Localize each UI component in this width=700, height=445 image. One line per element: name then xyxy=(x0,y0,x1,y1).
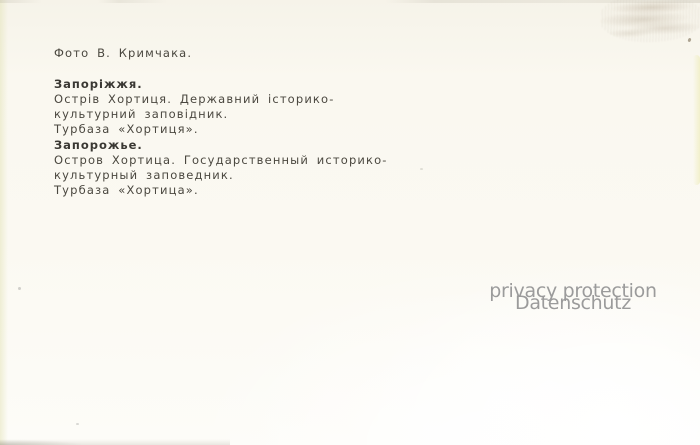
section-title-ukrainian: Запоріжжя. xyxy=(54,77,388,92)
caption-russian: Запорожье. Остров Хортица. Государственн… xyxy=(54,138,388,198)
section-title-russian: Запорожье. xyxy=(54,138,388,153)
caption-line: Турбаза «Хортиця». xyxy=(54,122,388,137)
dust-speck xyxy=(18,287,21,290)
caption-line: Турбаза «Хортица». xyxy=(54,183,388,198)
top-edge-artifact xyxy=(0,0,700,3)
caption-line: Острів Хортиця. Державний історико- xyxy=(54,92,388,107)
right-edge-tint xyxy=(693,55,700,185)
caption-block: Фото В. Кримчака. Запоріжжя. Острів Хорт… xyxy=(54,46,388,198)
caption-line: культурный заповедник. xyxy=(54,168,388,183)
caption-line: Остров Хортица. Государственный историко… xyxy=(54,153,388,168)
postcard-scan: Фото В. Кримчака. Запоріжжя. Острів Хорт… xyxy=(0,0,700,445)
dust-speck xyxy=(76,423,79,425)
caption-ukrainian: Запоріжжя. Острів Хортиця. Державний іст… xyxy=(54,77,388,137)
caption-line: культурний заповідник. xyxy=(54,107,388,122)
dust-speck xyxy=(420,168,423,170)
bottom-left-edge-shadow xyxy=(0,435,230,445)
photo-credit: Фото В. Кримчака. xyxy=(54,46,388,61)
left-edge-tint xyxy=(0,0,8,445)
